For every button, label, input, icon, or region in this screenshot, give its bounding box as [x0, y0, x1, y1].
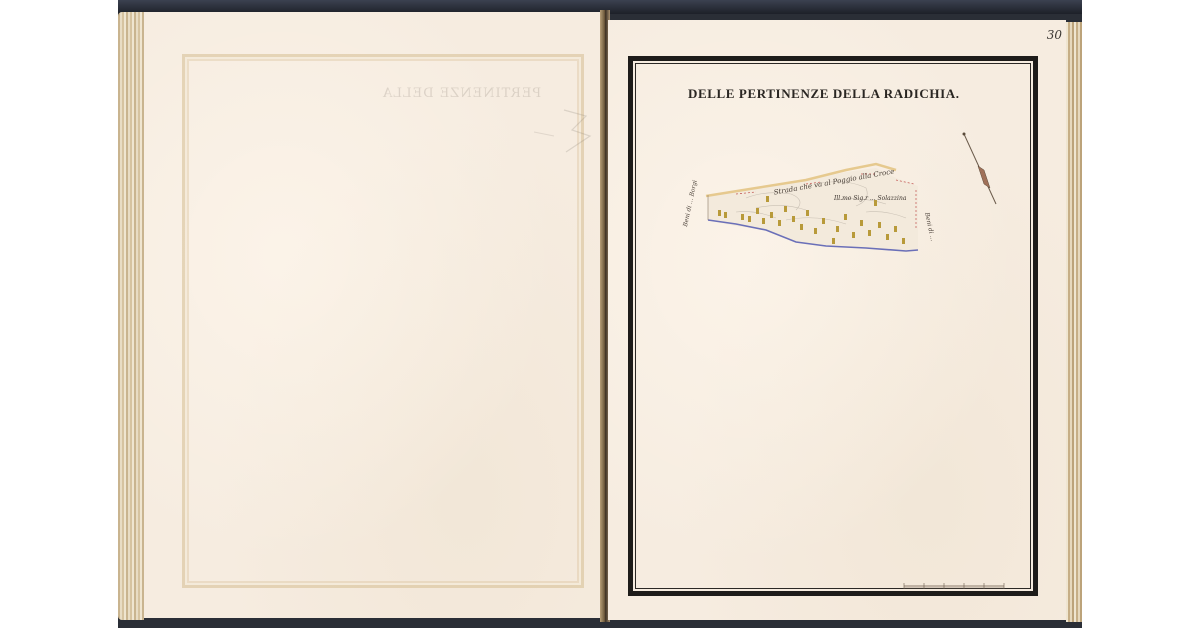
- page-stack-right: [1066, 22, 1082, 622]
- map-title: DELLE PERTINENZE DELLA RADICHIA.: [688, 86, 960, 102]
- open-book: PERTINENZE DELLA 30 DELLE PERTINENZE DEL…: [118, 10, 1082, 622]
- page-stack-left: [118, 12, 144, 620]
- parcel-owner-label: Ill.mo Sig.r ... Solazzina: [834, 195, 906, 202]
- estate-map: [696, 130, 936, 280]
- page-number: 30: [1047, 28, 1062, 42]
- left-page: PERTINENZE DELLA: [144, 12, 604, 618]
- scale-bar-icon: [900, 574, 1010, 594]
- right-page: 30 DELLE PERTINENZE DELLA RADICHIA.: [608, 20, 1066, 620]
- bleed-through-text: PERTINENZE DELLA: [382, 86, 541, 101]
- north-arrow-icon: [960, 132, 1000, 208]
- bleed-through-mark: [524, 102, 594, 162]
